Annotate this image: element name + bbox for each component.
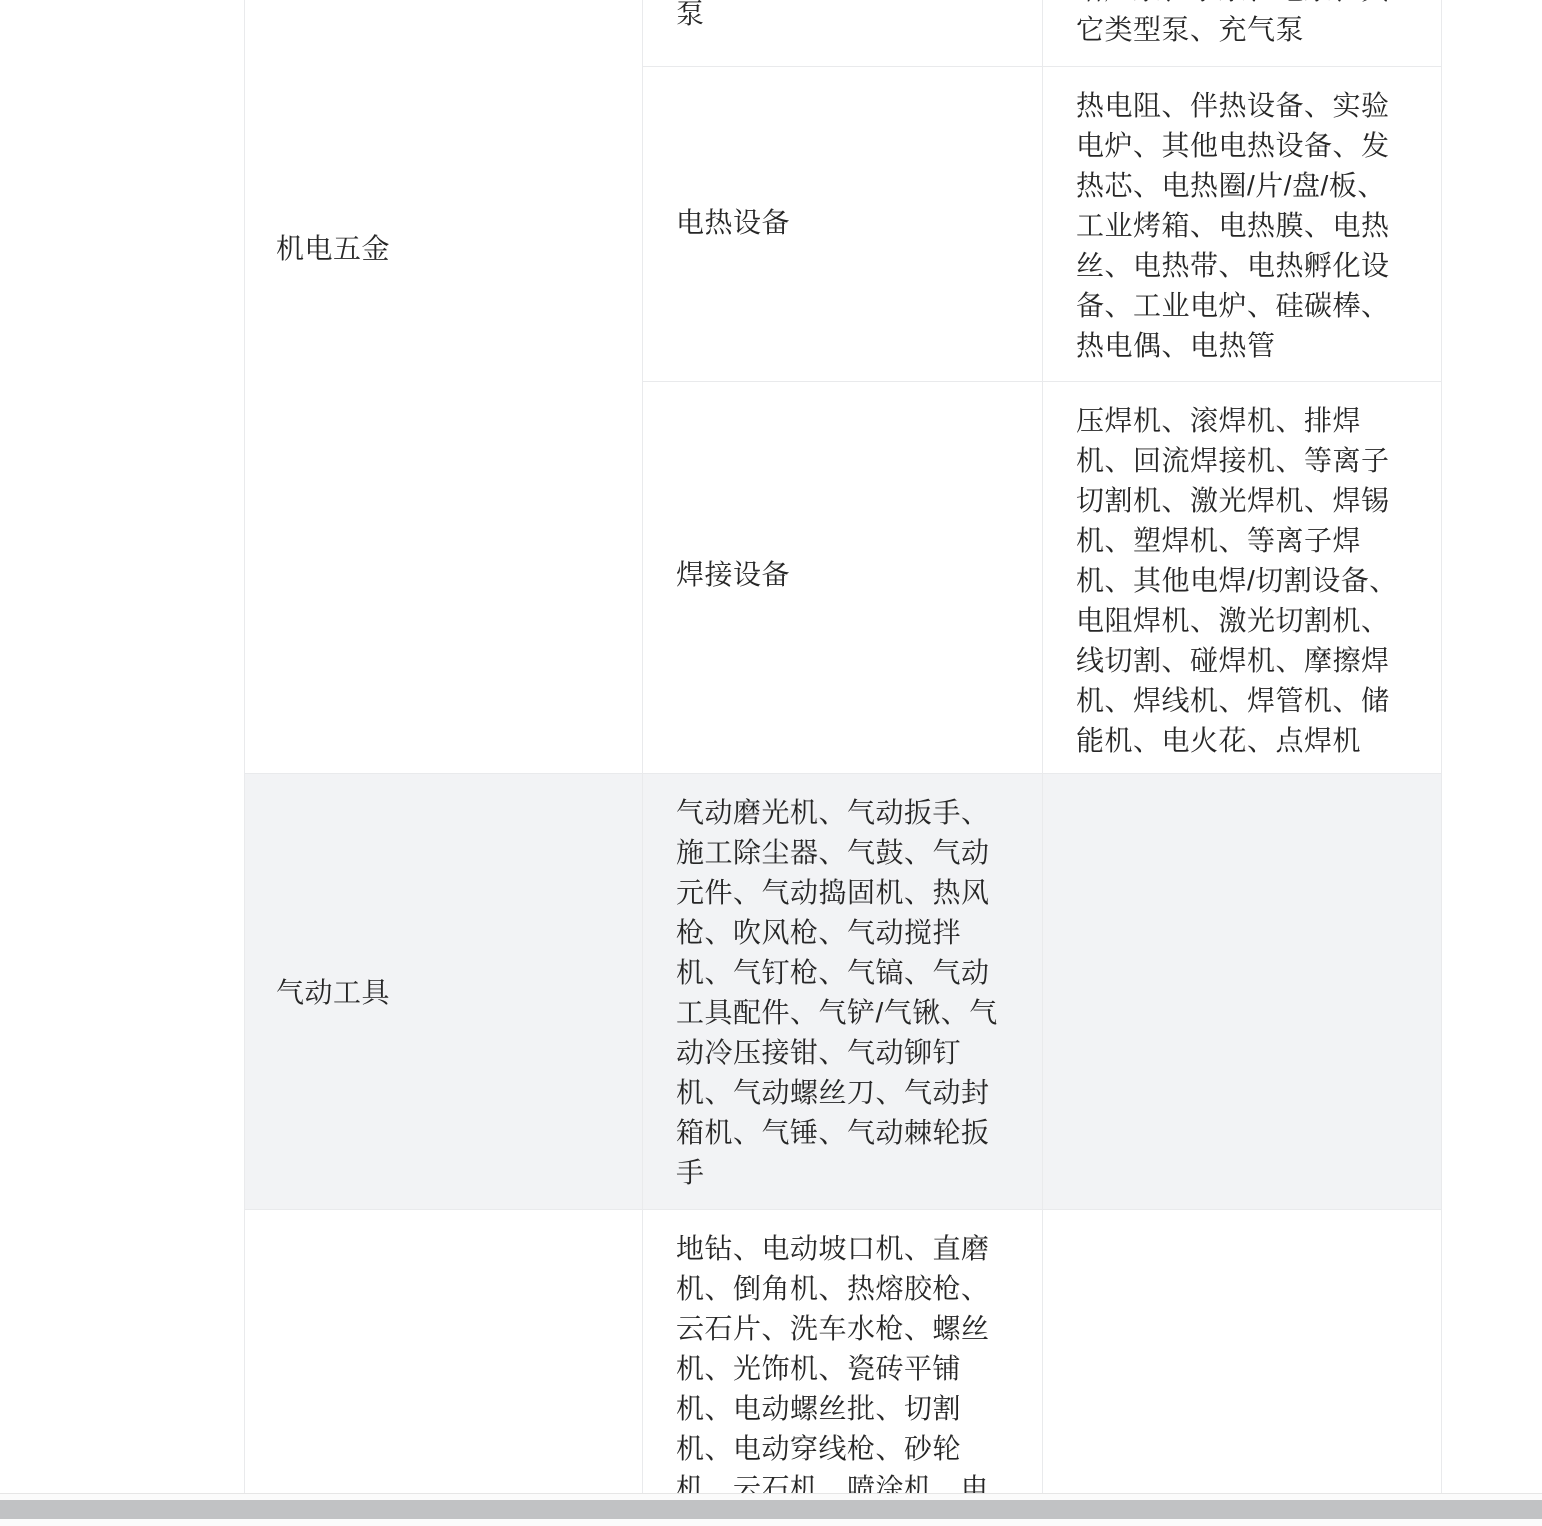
table-border-col2-col3 bbox=[1042, 0, 1043, 1493]
subcategory-label-pumps: 泵 bbox=[676, 0, 705, 34]
item-list-pumps: 增压泵、水泵、电泵、其 它类型泵、充气泵 bbox=[1076, 0, 1390, 50]
table-border-left bbox=[244, 0, 245, 1493]
table-row-border-1 bbox=[642, 66, 1441, 67]
horizontal-scrollbar-track[interactable] bbox=[0, 1493, 1542, 1526]
table-row-border-3 bbox=[244, 773, 1441, 774]
subcategory-label-welding-equipment: 焊接设备 bbox=[676, 555, 790, 595]
table-row-border-2 bbox=[642, 381, 1441, 382]
item-list-welding-equipment: 压焊机、滚焊机、排焊 机、回流焊接机、等离子 切割机、激光焊机、焊锡 机、塑焊机… bbox=[1076, 401, 1398, 761]
item-list-electric-tools: 地钻、电动坡口机、直磨 机、倒角机、热熔胶枪、 云石片、洗车水枪、螺丝 机、光饰… bbox=[676, 1229, 990, 1509]
category-label-mechanical-electrical-hardware: 机电五金 bbox=[276, 229, 390, 269]
item-list-pneumatic-tools: 气动磨光机、气动扳手、 施工除尘器、气鼓、气动 元件、气动捣固机、热风 枪、吹风… bbox=[676, 793, 998, 1193]
table-border-col1-col2 bbox=[642, 0, 643, 1493]
subcategory-label-electric-heating-equipment: 电热设备 bbox=[676, 203, 790, 243]
horizontal-scrollbar-thumb[interactable] bbox=[0, 1500, 1542, 1519]
item-list-electric-heating-equipment: 热电阻、伴热设备、实验 电炉、其他电热设备、发 热芯、电热圈/片/盘/板、 工业… bbox=[1076, 86, 1390, 366]
category-table-page: 机电五金 气动工具 泵 电热设备 焊接设备 增压泵、水泵、电泵、其 它类型泵、充… bbox=[0, 0, 1542, 1526]
category-label-pneumatic-tools: 气动工具 bbox=[276, 973, 390, 1013]
table-row-border-4 bbox=[244, 1209, 1441, 1210]
table-border-right bbox=[1441, 0, 1442, 1493]
